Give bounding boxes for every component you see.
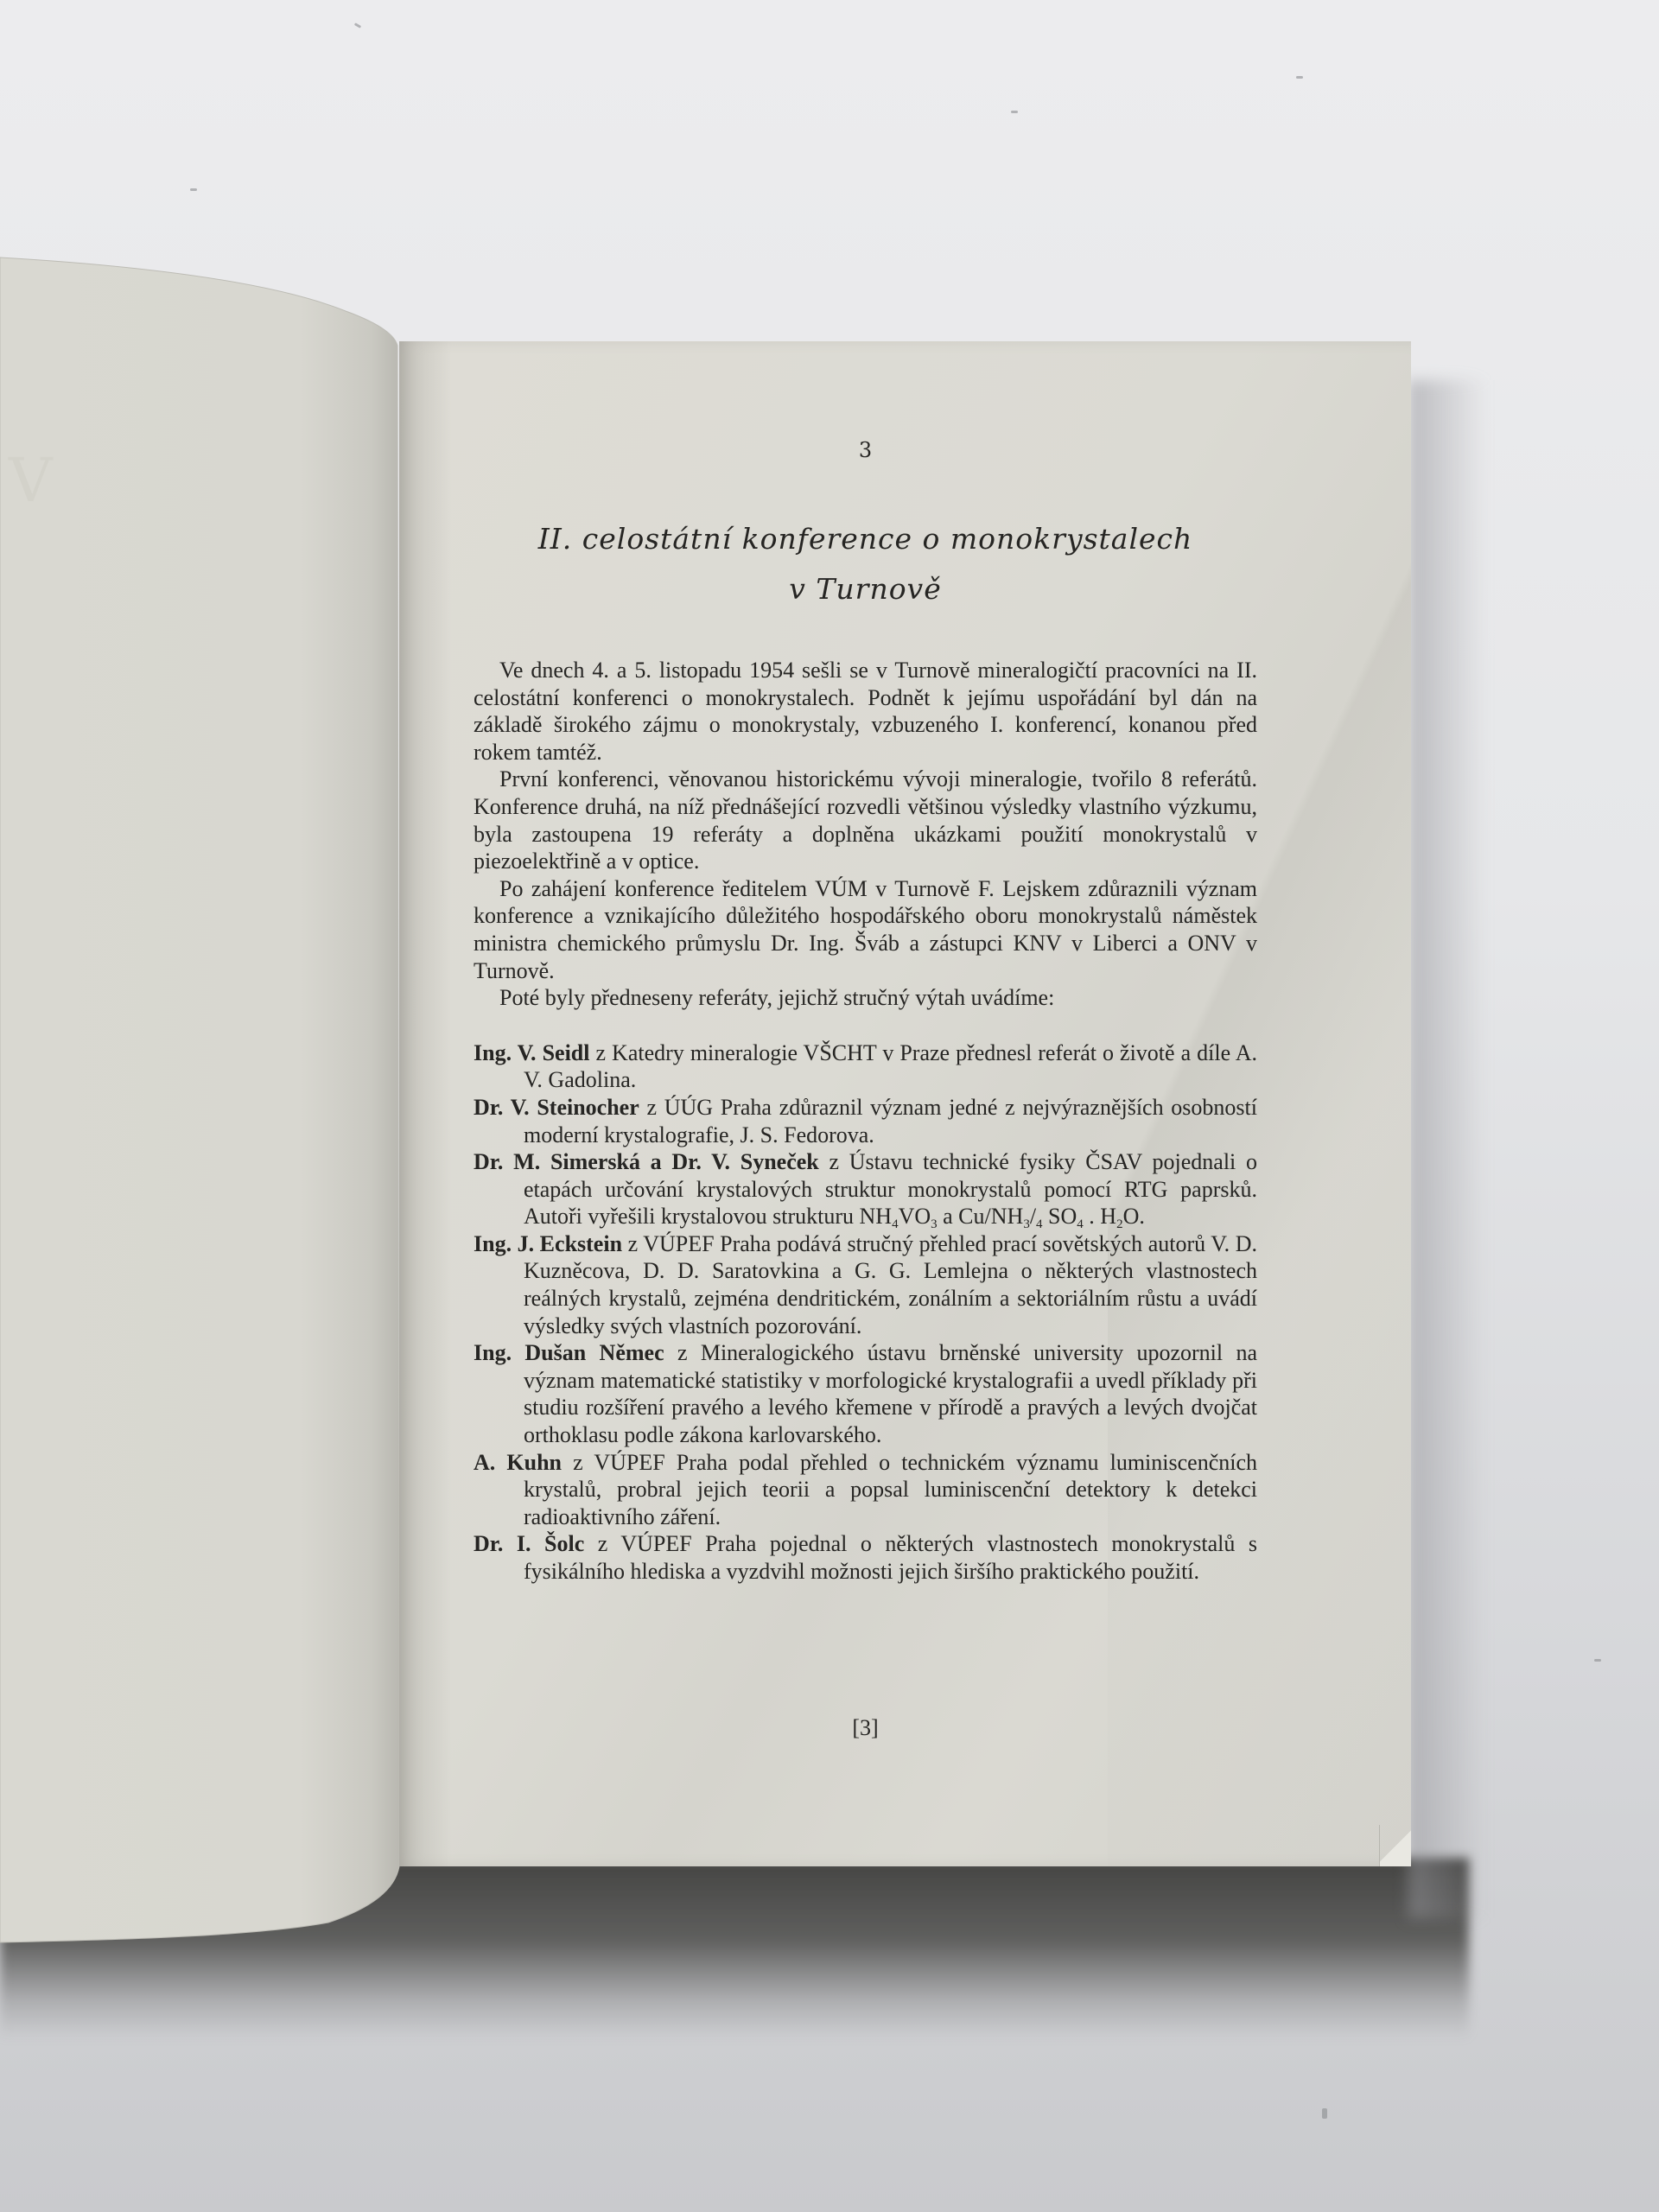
surface-speck — [1322, 2108, 1327, 2119]
page-number-bottom: [3] — [474, 1715, 1257, 1741]
speaker-name: Ing. Dušan Němec — [474, 1340, 664, 1365]
speaker-name: A. Kuhn — [474, 1450, 562, 1475]
speaker-name: Ing. J. Eckstein — [474, 1231, 622, 1256]
lecture-summary: z Katedry mineralogie VŠCHT v Praze před… — [524, 1040, 1257, 1093]
left-page: V — [0, 0, 406, 2212]
speaker-name: Dr. M. Simerská a Dr. V. Syneček — [474, 1149, 819, 1174]
title-line-1: II. celostátní konference o monokrystale… — [474, 514, 1257, 564]
chemical-formula: NH4VO3 a Cu/NH3/4 SO4 . H2O. — [860, 1204, 1145, 1229]
speaker-name: Dr. I. Šolc — [474, 1531, 584, 1556]
list-item: A. Kuhn z VÚPEF Praha podal přehled o te… — [474, 1449, 1257, 1531]
list-item: Dr. M. Simerská a Dr. V. Syneček z Ústav… — [474, 1148, 1257, 1230]
page-edge-shadow — [1408, 380, 1486, 1918]
folded-corner — [1379, 1825, 1411, 1866]
list-item: Ing. V. Seidl z Katedry mineralogie VŠCH… — [474, 1039, 1257, 1094]
right-page: 3 II. celostátní konference o monokrysta… — [399, 341, 1411, 1866]
left-page-shape: V — [0, 0, 406, 2212]
list-item: Dr. I. Šolc z VÚPEF Praha pojednal o něk… — [474, 1530, 1257, 1585]
page-number-top: 3 — [474, 438, 1257, 462]
list-item: Ing. Dušan Němec z Mineralogického ústav… — [474, 1339, 1257, 1448]
article-body: Ve dnech 4. a 5. listopadu 1954 sešli se… — [474, 657, 1257, 1586]
speaker-name: Dr. V. Steinocher — [474, 1095, 639, 1120]
surface-speck — [1011, 111, 1018, 113]
lecture-summary: z VÚPEF Praha podává stručný přehled pra… — [524, 1231, 1257, 1338]
paragraph-intro: Ve dnech 4. a 5. listopadu 1954 sešli se… — [474, 657, 1257, 766]
surface-speck — [1296, 76, 1303, 79]
list-item: Ing. J. Eckstein z VÚPEF Praha podává st… — [474, 1230, 1257, 1339]
list-item: Dr. V. Steinocher z ÚÚG Praha zdůraznil … — [474, 1094, 1257, 1148]
paragraph-lead-in: Poté byly předneseny referáty, jejichž s… — [474, 984, 1257, 1012]
lecture-summary: z VÚPEF Praha pojednal o některých vlast… — [524, 1531, 1257, 1584]
gutter — [399, 341, 451, 1866]
paragraph-opening: Po zahájení konference ředitelem VÚM v T… — [474, 875, 1257, 984]
svg-text:V: V — [8, 445, 54, 516]
title-line-2: v Turnově — [474, 564, 1257, 614]
speaker-name: Ing. V. Seidl — [474, 1040, 589, 1065]
lecture-list: Ing. V. Seidl z Katedry mineralogie VŠCH… — [474, 1039, 1257, 1586]
lecture-summary: z VÚPEF Praha podal přehled o technickém… — [524, 1450, 1257, 1529]
page-title: II. celostátní konference o monokrystale… — [474, 514, 1257, 614]
paragraph-first-conference: První konferenci, věnovanou historickému… — [474, 766, 1257, 874]
surface-speck — [1594, 1659, 1601, 1662]
